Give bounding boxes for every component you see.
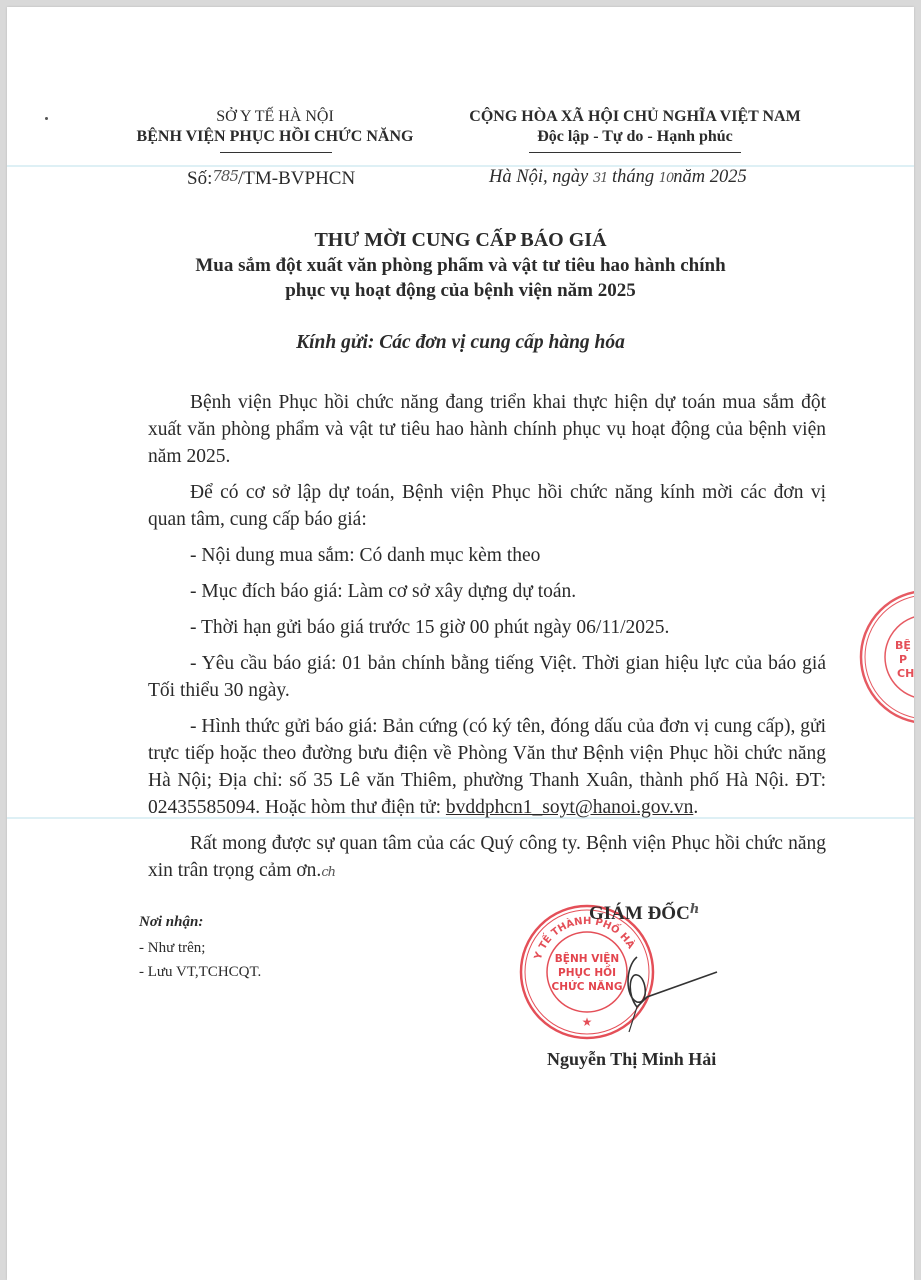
header-left-underline [220, 152, 332, 153]
date-mid: tháng [607, 167, 658, 187]
recipients-label: Nơi nhận: [139, 914, 203, 931]
closing-initials-handwritten: ch [321, 865, 335, 880]
letter-title: THƯ MỜI CUNG CẤP BÁO GIÁ [7, 229, 914, 252]
submission-end: . [693, 797, 698, 818]
salutation: Kính gửi: Các đơn vị cung cấp hàng hóa [7, 332, 914, 354]
signatory-name: Nguyễn Thị Minh Hải [547, 1049, 716, 1070]
recipient-item: - Như trên; [139, 940, 205, 957]
handwritten-signature [607, 947, 727, 1037]
svg-text:★: ★ [582, 1015, 593, 1029]
doc-number-suffix: /TM-BVPHCN [238, 168, 355, 189]
scan-artifact-line [7, 165, 914, 167]
header-nation: CỘNG HÒA XÃ HỘI CHỦ NGHĨA VIỆT NAM [445, 107, 825, 127]
requirement-submission: - Hình thức gửi báo giá: Bản cứng (có ký… [148, 713, 826, 821]
letter-subtitle-line1: Mua sắm đột xuất văn phòng phẩm và vật t… [7, 255, 914, 277]
document-date: Hà Nội, ngày 31 tháng 10năm 2025 [489, 167, 747, 188]
paragraph-invitation: Để có cơ sở lập dự toán, Bệnh viện Phục … [148, 479, 826, 533]
doc-number-handwritten: 785 [212, 167, 238, 185]
requirement-content: - Nội dung mua sắm: Có danh mục kèm theo [148, 542, 826, 569]
letter-subtitle-line2: phục vụ hoạt động của bệnh viện năm 2025 [7, 280, 914, 302]
requirement-quote: - Yêu cầu báo giá: 01 bản chính bằng tiế… [148, 650, 826, 704]
signatory-title: GIÁM ĐỐCh [589, 902, 698, 925]
date-suffix: năm 2025 [673, 167, 747, 187]
header-agency: SỞ Y TẾ HÀ NỘI [120, 107, 430, 127]
document-page: SỞ Y TẾ HÀ NỘI BỆNH VIỆN PHỤC HỒI CHỨC N… [7, 7, 914, 1280]
header-motto: Độc lập - Tự do - Hạnh phúc [445, 127, 825, 147]
date-month-handwritten: 10 [659, 171, 674, 186]
letter-body: Bệnh viện Phục hồi chức năng đang triển … [148, 389, 826, 895]
closing-text: Rất mong được sự quan tâm của các Quý cô… [148, 833, 826, 881]
recipient-item: - Lưu VT,TCHCQT. [139, 964, 261, 981]
requirement-deadline: - Thời hạn gửi báo giá trước 15 giờ 00 p… [148, 614, 826, 641]
paragraph-closing: Rất mong được sự quan tâm của các Quý cô… [148, 830, 826, 886]
scan-dot [45, 117, 48, 120]
document-number: Số:785/TM-BVPHCN [187, 167, 355, 190]
date-day-handwritten: 31 [593, 171, 608, 186]
svg-text:P: P [899, 653, 907, 666]
signatory-title-initials: h [690, 902, 698, 917]
partial-stamp-edge: BỆ P CH [847, 587, 914, 727]
requirement-purpose: - Mục đích báo giá: Làm cơ sở xây dựng d… [148, 578, 826, 605]
svg-text:CH: CH [897, 667, 914, 680]
date-prefix: Hà Nội, ngày [489, 167, 593, 187]
signatory-title-text: GIÁM ĐỐC [589, 903, 690, 924]
header-organization: BỆNH VIỆN PHỤC HỒI CHỨC NĂNG [120, 127, 430, 147]
doc-number-label: Số: [187, 168, 212, 189]
email-link[interactable]: bvddphcn1_soyt@hanoi.gov.vn [446, 797, 693, 818]
svg-text:BỆ: BỆ [895, 639, 911, 652]
header-right-underline [529, 152, 741, 153]
paragraph-intro: Bệnh viện Phục hồi chức năng đang triển … [148, 389, 826, 470]
